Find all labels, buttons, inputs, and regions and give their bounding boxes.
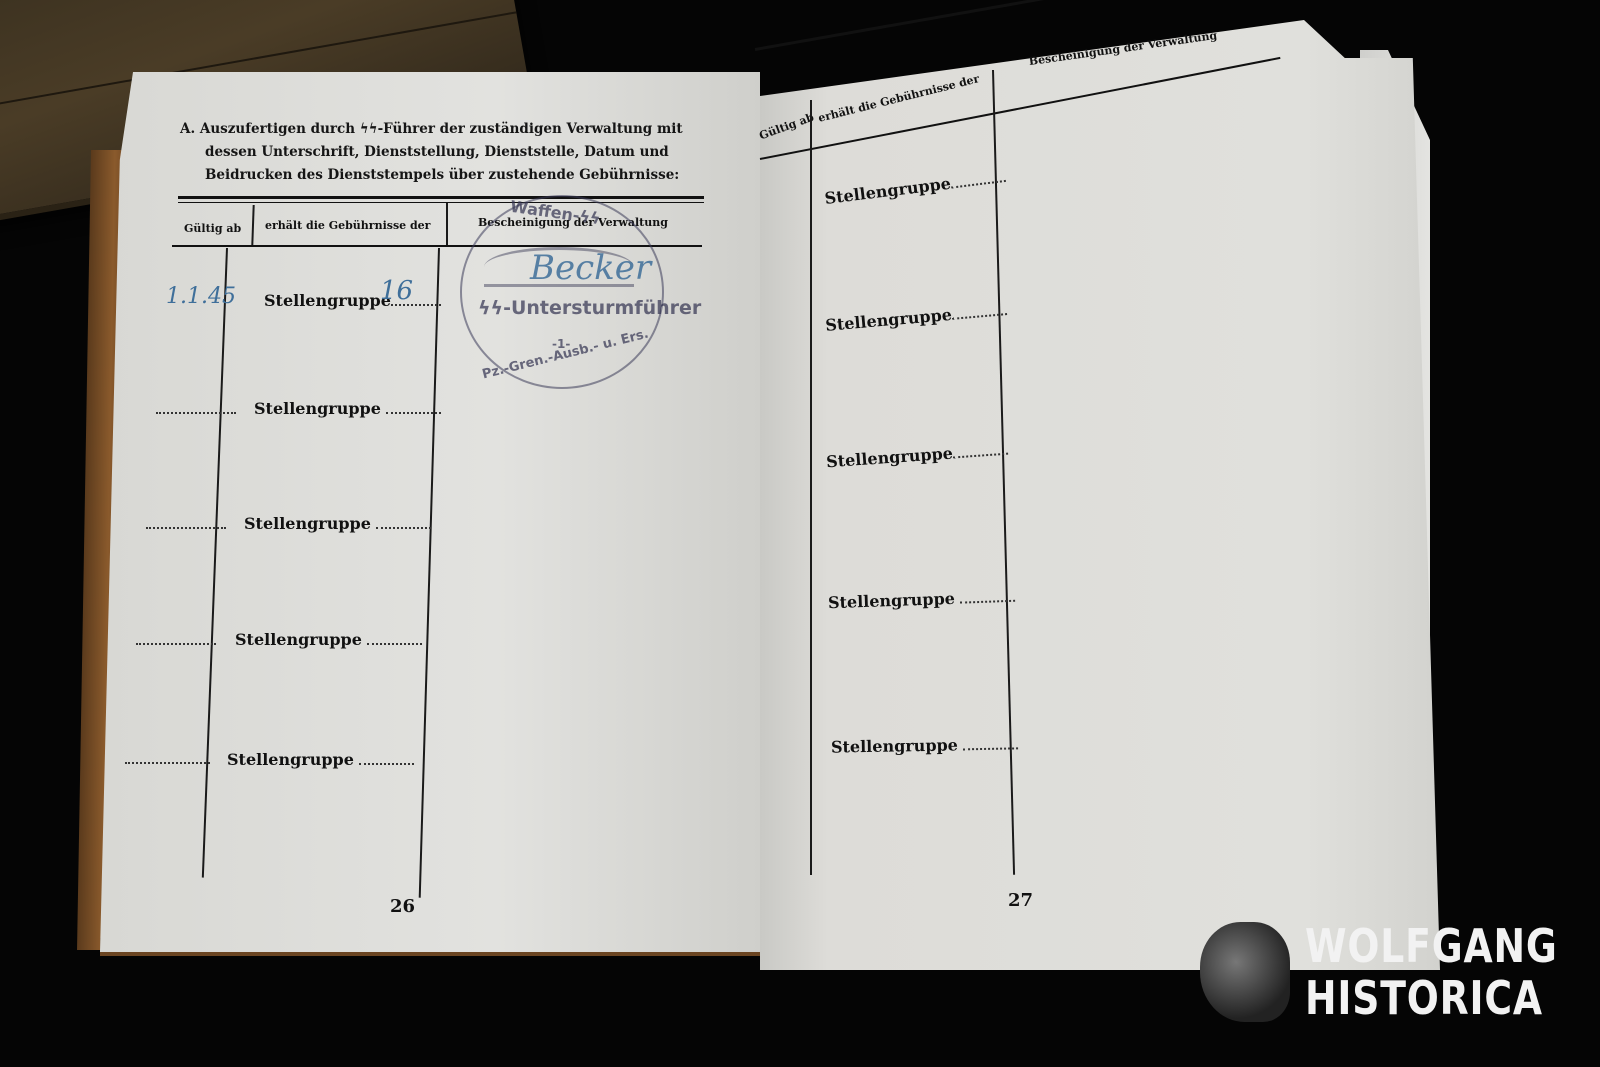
wolf-head-icon — [1200, 922, 1290, 1022]
intro-line-1: A. Auszufertigen durch ϟϟ-Führer der zus… — [180, 118, 725, 141]
intro-line-3: Beidrucken des Dienststempels über zuste… — [205, 164, 725, 187]
official-stamp: Waffen-ϟϟ ϟϟ-Untersturmführer -1- Pz.-Gr… — [460, 195, 664, 389]
stellengruppe-label: Stellengruppe — [831, 734, 1019, 756]
stellengruppe-label: Stellengruppe — [244, 514, 431, 533]
gueltig-dotline — [146, 527, 226, 529]
table-top-rule-thin — [178, 202, 704, 203]
brand-line-2: HISTORICA — [1305, 974, 1543, 1022]
table-top-rule — [178, 196, 704, 199]
gueltig-dotline — [136, 643, 216, 645]
page-number-left: 26 — [390, 896, 415, 917]
col-divider-2 — [446, 203, 448, 245]
col-header-gueltig: Gültig ab — [184, 222, 241, 235]
stellengruppe-value: 16 — [380, 276, 413, 306]
brand-line-1: WOLFGANG — [1305, 922, 1558, 970]
stellengruppe-label: Stellengruppe — [227, 750, 414, 769]
stellengruppe-label: Stellengruppe — [235, 630, 422, 649]
stamp-rank: ϟϟ-Untersturmführer — [478, 297, 701, 319]
col-header-gebuehrnisse: erhält die Gebührnisse der — [265, 219, 430, 232]
intro-line-2: dessen Unterschrift, Dienststellung, Die… — [205, 141, 725, 164]
intro-text: A. Auszufertigen durch ϟϟ-Führer der zus… — [205, 118, 725, 187]
right-page — [760, 20, 1440, 970]
stamp-top-text: Waffen-ϟϟ — [509, 197, 602, 228]
right-col-line-1 — [810, 100, 812, 875]
gueltig-ab-value: 1.1.45 — [166, 284, 236, 309]
stellengruppe-label: Stellengruppe — [254, 399, 441, 418]
stellengruppe-label: Stellengruppe — [264, 291, 441, 310]
wolfgang-historica-logo: WOLFGANG HISTORICA — [1200, 922, 1580, 1032]
gueltig-dotline — [156, 412, 236, 414]
signature: Becker — [530, 248, 651, 288]
gueltig-dotline — [125, 762, 210, 764]
page-number-right: 27 — [1008, 890, 1033, 911]
